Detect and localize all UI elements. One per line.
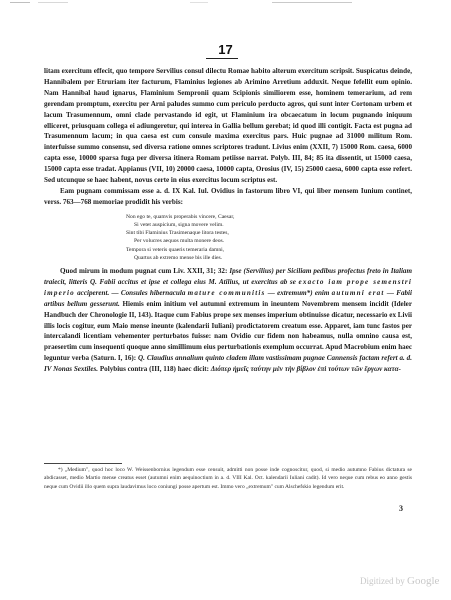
text-run: Quod mirum in modum pugnat cum Liv. XXII… xyxy=(60,267,229,275)
watermark-prefix: Digitized by xyxy=(360,576,405,586)
watermark-brand: Google xyxy=(407,575,439,587)
verse-line: Quartus ab extremo mense bis ille dies. xyxy=(126,254,412,262)
page-number: 17 xyxy=(0,42,451,57)
text-run: Polybius contra (III, 118) haec dicit: xyxy=(98,365,211,373)
verse-quotation: Non ego te, quamvis properabis vincere, … xyxy=(44,213,412,262)
verse-line: Sint tibi Flaminius Trasimenaque litora … xyxy=(126,229,412,237)
quotation-spaced: mature communitis xyxy=(188,289,266,297)
footnote: *) „Medium", quod hoc loco W. Weissenbor… xyxy=(44,466,412,491)
digitization-watermark: Digitized by Google xyxy=(360,575,439,587)
scan-edge-artifacts xyxy=(0,0,451,6)
greek-quotation: Διόπερ ἡμεῖς ταύτην μὲν τὴν βίβλον ἐπὶ τ… xyxy=(211,365,401,373)
verse-line: Tempora si veteris quaeris temeraria dam… xyxy=(126,246,412,254)
page-number-rule xyxy=(206,58,238,59)
quotation-spaced: autumni erat xyxy=(332,289,385,297)
footnote-text: *) „Medium", quod hoc loco W. Weissenbor… xyxy=(44,466,412,491)
verse-line: Non ego te, quamvis properabis vincere, … xyxy=(126,213,412,221)
quotation-italic: — extremum*) enim xyxy=(266,289,332,297)
footnote-rule xyxy=(44,463,122,464)
paragraph-2: Eam pugnam commissam esse a. d. IX Kal. … xyxy=(44,186,412,208)
quotation-italic: acciperent. — Consules hibernacula xyxy=(75,289,188,297)
verse-line: Per volucres aequos multa monere deos. xyxy=(126,237,412,245)
signature-mark: 3 xyxy=(399,504,403,513)
main-text: litam exercitum effecit, quo tempore Ser… xyxy=(44,66,412,375)
paragraph-3: Quod mirum in modum pugnat cum Liv. XXII… xyxy=(44,266,412,375)
text-run: Hiemis enim initium vel autumni extremum… xyxy=(44,300,412,363)
verse-line: Si vetet auspicium, signa movere velim. xyxy=(126,221,412,229)
paragraph-1: litam exercitum effecit, quo tempore Ser… xyxy=(44,66,412,186)
